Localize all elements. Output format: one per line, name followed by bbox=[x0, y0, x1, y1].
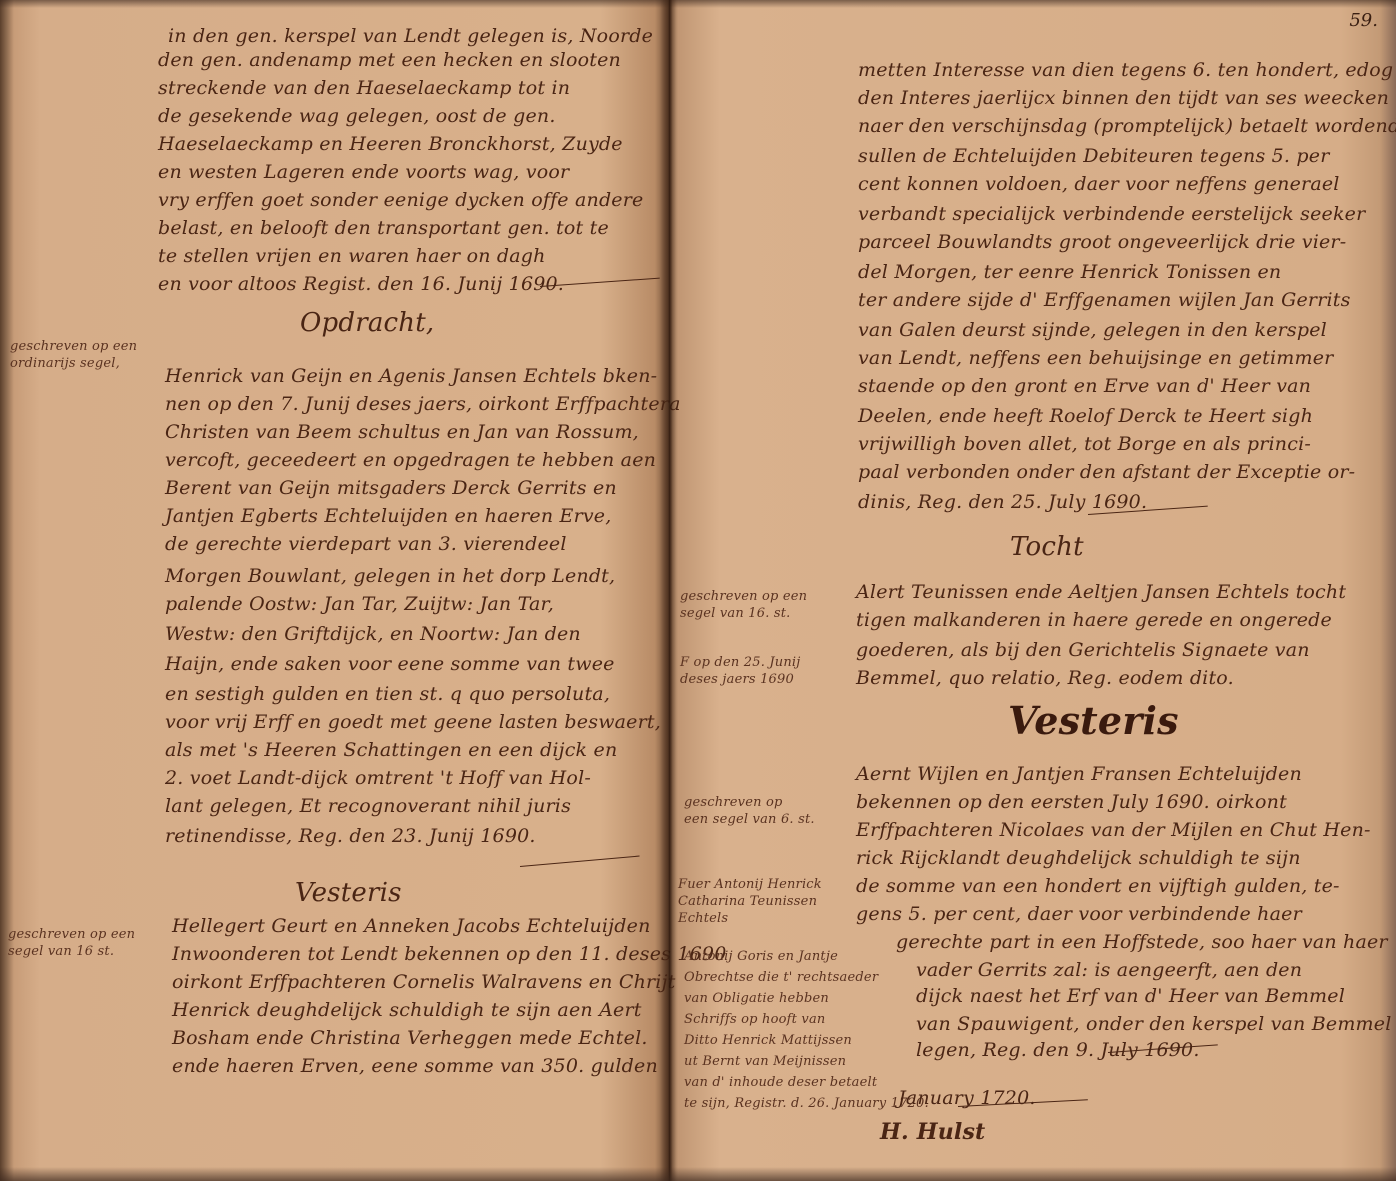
text-line: del Morgen, ter eenre Henrick Tonissen e… bbox=[858, 260, 1281, 284]
text-line: metten Interesse van dien tegens 6. ten … bbox=[858, 58, 1393, 82]
text-line: oirkont Erffpachteren Cornelis Walravens… bbox=[172, 970, 676, 994]
margin-note-line: van Obligatie hebben bbox=[684, 988, 929, 1009]
entry-heading-vesteris: Vesteris bbox=[295, 878, 402, 908]
margin-note: F op den 25. Junij deses jaers 1690 bbox=[680, 654, 801, 688]
text-line: Morgen Bouwlant, gelegen in het dorp Len… bbox=[165, 564, 615, 588]
text-line: voor vrij Erff en goedt met geene lasten… bbox=[165, 710, 661, 734]
left-page: in den gen. kerspel van Lendt gelegen is… bbox=[0, 0, 668, 1181]
entry-heading-tocht: Tocht bbox=[1010, 532, 1084, 562]
text-line: Haijn, ende saken voor eene somme van tw… bbox=[165, 652, 615, 676]
text-line: streckende van den Haeselaeckamp tot in bbox=[158, 76, 570, 100]
margin-note-line: geschreven op een bbox=[10, 338, 137, 355]
underline-stroke bbox=[520, 856, 640, 867]
ledger-spread: in den gen. kerspel van Lendt gelegen is… bbox=[0, 0, 1396, 1181]
text-line: van Galen deurst sijnde, gelegen in den … bbox=[858, 318, 1327, 342]
text-line: den gen. andenamp met een hecken en sloo… bbox=[158, 48, 621, 72]
page-edge-bottom bbox=[0, 1167, 1396, 1181]
text-line: dijck naest het Erf van d' Heer van Bemm… bbox=[916, 984, 1345, 1008]
margin-note-line: Ditto Henrick Mattijssen bbox=[684, 1030, 929, 1051]
text-line: gerechte part in een Hoffstede, soo haer… bbox=[896, 930, 1388, 954]
margin-note-line: Obrechtse die t' rechtsaeder bbox=[684, 967, 929, 988]
text-line: en westen Lageren ende voorts wag, voor bbox=[158, 160, 569, 184]
text-line: dinis, Reg. den 25. July 1690. bbox=[858, 490, 1147, 514]
text-line: Henrick deughdelijck schuldigh te sijn a… bbox=[172, 998, 642, 1022]
text-line: vader Gerrits zal: is aengeerft, aen den bbox=[916, 958, 1302, 982]
text-line: Henrick van Geijn en Agenis Jansen Echte… bbox=[165, 364, 657, 388]
margin-note-line: geschreven op bbox=[684, 794, 815, 811]
text-line: verbandt specialijck verbindende eerstel… bbox=[858, 202, 1365, 226]
text-line: vercoft, geceedeert en opgedragen te heb… bbox=[165, 448, 656, 472]
text-line: Jantjen Egberts Echteluijden en haeren E… bbox=[165, 504, 611, 528]
text-line: van Spauwigent, onder den kerspel van Be… bbox=[916, 1012, 1396, 1036]
text-line: te stellen vrijen en waren haer on dagh bbox=[158, 244, 546, 268]
text-line: Bosham ende Christina Verheggen mede Ech… bbox=[172, 1026, 648, 1050]
text-line: lant gelegen, Et recognoverant nihil jur… bbox=[165, 794, 571, 818]
margin-note-line: F op den 25. Junij bbox=[680, 654, 801, 671]
margin-note-line: segel van 16. st. bbox=[680, 605, 807, 622]
margin-note-line: ordinarijs segel, bbox=[10, 355, 137, 372]
text-line: van Lendt, neffens een behuijsinge en ge… bbox=[858, 346, 1333, 370]
text-line: naer den verschijnsdag (promptelijck) be… bbox=[858, 114, 1396, 138]
text-line: staende op den gront en Erve van d' Heer… bbox=[858, 374, 1311, 398]
text-line: tigen malkanderen in haere gerede en ong… bbox=[856, 608, 1332, 632]
margin-note: geschreven op een segel van 6. st. bbox=[684, 794, 815, 828]
text-line: Erffpachteren Nicolaes van der Mijlen en… bbox=[856, 818, 1371, 842]
margin-note-line: geschreven op een bbox=[8, 926, 135, 943]
text-line: Christen van Beem schultus en Jan van Ro… bbox=[165, 420, 639, 444]
margin-note-line: Echtels bbox=[678, 910, 822, 927]
text-line: rick Rijcklandt deughdelijck schuldigh t… bbox=[856, 846, 1301, 870]
text-line: paal verbonden onder den afstant der Exc… bbox=[858, 460, 1355, 484]
text-line: Aernt Wijlen en Jantjen Fransen Echtelui… bbox=[856, 762, 1302, 786]
text-line: de gesekende wag gelegen, oost de gen. bbox=[158, 104, 556, 128]
text-line: in den gen. kerspel van Lendt gelegen is… bbox=[168, 24, 653, 48]
text-line: den Interes jaerlijcx binnen den tijdt v… bbox=[858, 86, 1389, 110]
text-line: legen, Reg. den 9. July 1690. bbox=[916, 1038, 1200, 1062]
text-line: en voor altoos Regist. den 16. Junij 169… bbox=[158, 272, 564, 296]
text-line: als met 's Heeren Schattingen en een dij… bbox=[165, 738, 617, 762]
margin-note-line: een segel van 6. st. bbox=[684, 811, 815, 828]
text-line: de gerechte vierdepart van 3. vierendeel bbox=[165, 532, 567, 556]
margin-note-line: Fuer Antonij Henrick bbox=[678, 876, 822, 893]
margin-note-discharge: Antonij Goris en Jantje Obrechtse die t'… bbox=[684, 946, 929, 1114]
text-line: Hellegert Geurt en Anneken Jacobs Echtel… bbox=[172, 914, 651, 938]
margin-note-line: te sijn, Registr. d. 26. January 1720. bbox=[684, 1093, 929, 1114]
entry-heading-vesteris: Vesteris bbox=[1008, 700, 1179, 742]
right-page: 59. metten Interesse van dien tegens 6. … bbox=[668, 0, 1396, 1181]
margin-note-line: Antonij Goris en Jantje bbox=[684, 946, 929, 967]
text-line: goederen, als bij den Gerichtelis Signae… bbox=[856, 638, 1310, 662]
text-line: vry erffen goet sonder eenige dycken off… bbox=[158, 188, 643, 212]
text-line: Inwoonderen tot Lendt bekennen op den 11… bbox=[172, 942, 727, 966]
text-line: cent konnen voldoen, daer voor neffens g… bbox=[858, 172, 1340, 196]
margin-note-line: geschreven op een bbox=[680, 588, 807, 605]
text-line: bekennen op den eersten July 1690. oirko… bbox=[856, 790, 1287, 814]
text-line: Bemmel, quo relatio, Reg. eodem dito. bbox=[856, 666, 1234, 690]
text-line: Haeselaeckamp en Heeren Bronckhorst, Zuy… bbox=[158, 132, 623, 156]
entry-heading-opdracht: Opdracht, bbox=[300, 308, 434, 338]
text-line: Westw: den Griftdijck, en Noortw: Jan de… bbox=[165, 622, 581, 646]
text-line: nen op den 7. Junij deses jaers, oirkont… bbox=[165, 392, 681, 416]
margin-note-line: Schriffs op hooft van bbox=[684, 1009, 929, 1030]
text-line: sullen de Echteluijden Debiteuren tegens… bbox=[858, 144, 1330, 168]
text-line: Deelen, ende heeft Roelof Derck te Heert… bbox=[858, 404, 1313, 428]
text-line: en sestigh gulden en tien st. q quo pers… bbox=[165, 682, 610, 706]
margin-note-line: deses jaers 1690 bbox=[680, 671, 801, 688]
text-line: vrijwilligh boven allet, tot Borge en al… bbox=[858, 432, 1311, 456]
margin-note: geschreven op een segel van 16. st. bbox=[680, 588, 807, 622]
margin-note-line: Catharina Teunissen bbox=[678, 893, 822, 910]
text-line: ende haeren Erven, eene somme van 350. g… bbox=[172, 1054, 658, 1078]
margin-note-line: ut Bernt van Meijnissen bbox=[684, 1051, 929, 1072]
margin-note: Fuer Antonij Henrick Catharina Teunissen… bbox=[678, 876, 822, 927]
text-line: retinendisse, Reg. den 23. Junij 1690. bbox=[165, 824, 536, 848]
text-line: ter andere sijde d' Erffgenamen wijlen J… bbox=[858, 288, 1351, 312]
text-line: de somme van een hondert en vijftigh gul… bbox=[856, 874, 1340, 898]
signature: H. Hulst bbox=[880, 1120, 985, 1144]
text-line: gens 5. per cent, daer voor verbindende … bbox=[856, 902, 1302, 926]
text-line: parceel Bouwlandts groot ongeveerlijck d… bbox=[858, 230, 1346, 254]
text-line: Berent van Geijn mitsgaders Derck Gerrit… bbox=[165, 476, 617, 500]
margin-note: geschreven op een ordinarijs segel, bbox=[10, 338, 137, 372]
text-line: belast, en belooft den transportant gen.… bbox=[158, 216, 609, 240]
folio-number: 59. bbox=[1349, 10, 1378, 31]
text-line: 2. voet Landt-dijck omtrent 't Hoff van … bbox=[165, 766, 591, 790]
margin-note-line: van d' inhoude deser betaelt bbox=[684, 1072, 929, 1093]
margin-note-line: segel van 16 st. bbox=[8, 943, 135, 960]
margin-note: geschreven op een segel van 16 st. bbox=[8, 926, 135, 960]
text-line: Alert Teunissen ende Aeltjen Jansen Echt… bbox=[856, 580, 1346, 604]
text-line: palende Oostw: Jan Tar, Zuijtw: Jan Tar, bbox=[165, 592, 554, 616]
